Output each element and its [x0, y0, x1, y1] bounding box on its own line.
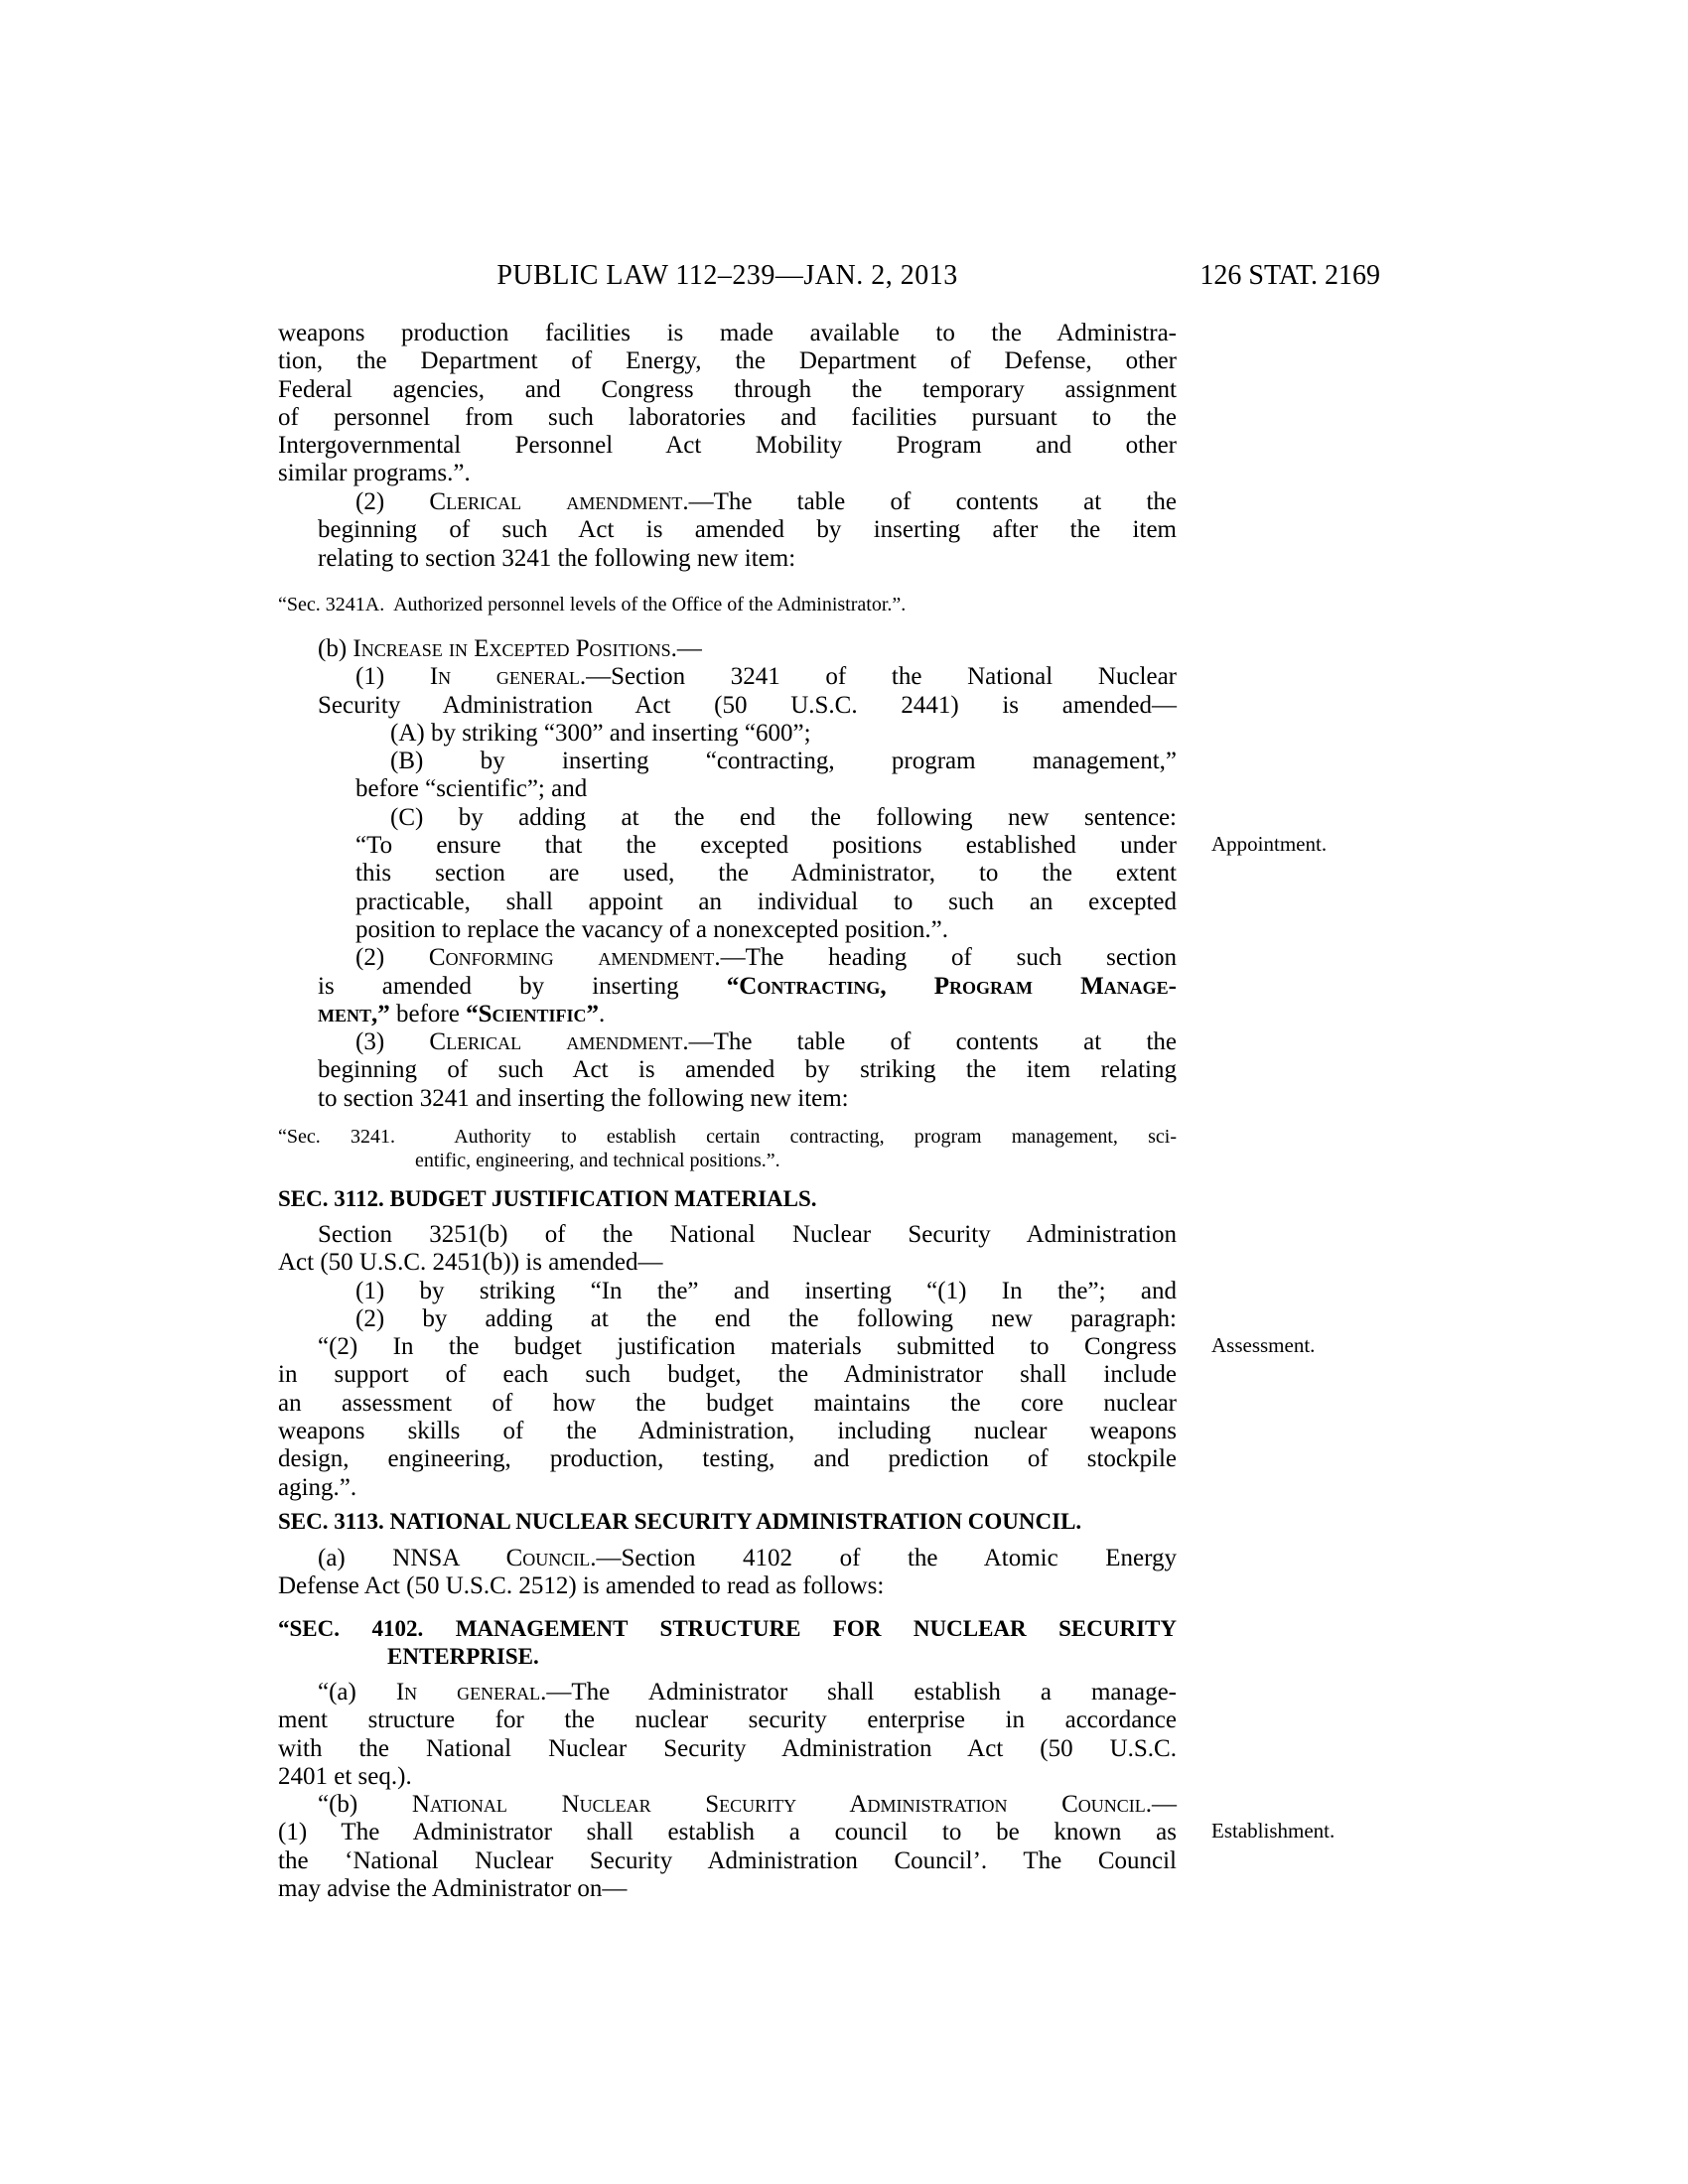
text-segment: .—Section 4102 of the Atomic Energy: [590, 1545, 1177, 1571]
text-segment: (3): [355, 1028, 429, 1055]
text-segment: in support of each such budget, the Admi…: [278, 1361, 1177, 1388]
text-line: with the National Nuclear Security Admin…: [278, 1735, 1177, 1763]
text-segment: .—The Administrator shall establish a ma…: [540, 1679, 1177, 1706]
text-line: weapons skills of the Administration, in…: [278, 1418, 1177, 1445]
text-line: position to replace the vacancy of a non…: [355, 916, 1177, 944]
text-segment: (b): [318, 635, 352, 662]
text-line: ment structure for the nuclear security …: [278, 1706, 1177, 1734]
text-line: (3) Clerical amendment.—The table of con…: [355, 1028, 1177, 1056]
text-segment: weapons production facilities is made av…: [278, 320, 1177, 346]
text-segment: to section 3241 and inserting the follow…: [318, 1085, 849, 1112]
text-segment: before “scientific”; and: [355, 775, 587, 802]
text-line: practicable, shall appoint an individual…: [355, 888, 1177, 916]
statute-paragraph: (b) Increase in Excepted Positions.—(1) …: [278, 635, 1177, 1113]
text-segment: .—: [671, 635, 702, 662]
statute-paragraph: “(a) In general.—The Administrator shall…: [278, 1679, 1177, 1903]
text-segment: National Nuclear Security Administration…: [412, 1791, 1146, 1818]
text-line: tion, the Department of Energy, the Depa…: [278, 347, 1177, 375]
text-segment: (A) by striking “300” and inserting “600…: [390, 720, 811, 747]
text-segment: Section 3251(b) of the National Nuclear …: [318, 1221, 1177, 1248]
text-segment: ment,”: [318, 1001, 390, 1027]
text-line: Intergovernmental Personnel Act Mobility…: [278, 432, 1177, 460]
margin-note: Establishment.: [1211, 1819, 1509, 1843]
text-segment: (1): [355, 663, 430, 690]
text-segment: Increase in Excepted Positions: [352, 635, 670, 662]
text-line: “Sec. 3241. Authority to establish certa…: [278, 1126, 1177, 1150]
text-segment: beginning of such Act is amended by inse…: [318, 516, 1177, 543]
text-line: 2401 et seq.).: [278, 1763, 1177, 1791]
text-segment: ENTERPRISE.: [387, 1644, 539, 1669]
text-line: design, engineering, production, testing…: [278, 1445, 1177, 1473]
text-line: (A) by striking “300” and inserting “600…: [390, 720, 1177, 748]
text-segment: tion, the Department of Energy, the Depa…: [278, 347, 1177, 374]
text-segment: “(b): [318, 1791, 412, 1818]
margin-note: Assessment.: [1211, 1333, 1509, 1357]
stat-page-number: 126 STAT. 2169: [1142, 260, 1380, 292]
text-line: (2) Conforming amendment.—The heading of…: [355, 944, 1177, 972]
text-line: SEC. 3112. BUDGET JUSTIFICATION MATERIAL…: [278, 1185, 1177, 1213]
text-line: beginning of such Act is amended by inse…: [318, 516, 1177, 544]
text-segment: weapons skills of the Administration, in…: [278, 1418, 1177, 1444]
text-segment: “SEC. 4102. MANAGEMENT STRUCTURE FOR NUC…: [278, 1616, 1177, 1641]
text-segment: Security Administration Act (50 U.S.C. 2…: [318, 692, 1177, 719]
running-head-law-title: PUBLIC LAW 112–239—JAN. 2, 2013: [278, 260, 1177, 292]
statute-paragraph: Section 3251(b) of the National Nuclear …: [278, 1221, 1177, 1502]
text-line: the ‘National Nuclear Security Administr…: [278, 1847, 1177, 1875]
text-line: (1) The Administrator shall establish a …: [278, 1819, 1177, 1846]
text-segment: (C) by adding at the end the following n…: [390, 804, 1177, 831]
text-segment: .: [599, 1001, 605, 1027]
text-line: “(a) In general.—The Administrator shall…: [318, 1679, 1177, 1706]
text-segment: position to replace the vacancy of a non…: [355, 916, 948, 943]
text-line: Federal agencies, and Congress through t…: [278, 376, 1177, 404]
text-segment: the ‘National Nuclear Security Administr…: [278, 1847, 1177, 1874]
text-line: is amended by inserting “Contracting, Pr…: [318, 973, 1177, 1001]
text-segment: design, engineering, production, testing…: [278, 1445, 1177, 1472]
text-line: relating to section 3241 the following n…: [318, 545, 1177, 573]
text-segment: of personnel from such laboratories and …: [278, 404, 1177, 431]
text-line: “(2) In the budget justification materia…: [318, 1333, 1177, 1361]
text-segment: .—The table of contents at the: [682, 1028, 1177, 1055]
text-line: Section 3251(b) of the National Nuclear …: [318, 1221, 1177, 1249]
text-line: (C) by adding at the end the following n…: [390, 804, 1177, 832]
text-line: (1) by striking “In the” and inserting “…: [355, 1278, 1177, 1305]
text-line: “Sec. 3241A. Authorized personnel levels…: [278, 594, 1177, 617]
text-segment: Clerical amendment: [429, 488, 682, 515]
text-segment: similar programs.”.: [278, 460, 471, 486]
text-segment: Council: [506, 1545, 591, 1571]
text-segment: Federal agencies, and Congress through t…: [278, 376, 1177, 403]
table-of-contents-note: “Sec. 3241A. Authorized personnel levels…: [278, 594, 1177, 617]
text-segment: .—The heading of such section: [714, 944, 1177, 971]
text-line: (2) by adding at the end the following n…: [355, 1305, 1177, 1333]
statute-paragraph: weapons production facilities is made av…: [278, 320, 1177, 488]
text-line: “(b) National Nuclear Security Administr…: [318, 1791, 1177, 1819]
text-line: (a) NNSA Council.—Section 4102 of the At…: [318, 1545, 1177, 1572]
text-segment: (1) by striking “In the” and inserting “…: [355, 1278, 1177, 1304]
text-segment: with the National Nuclear Security Admin…: [278, 1735, 1177, 1762]
text-segment: before: [390, 1001, 466, 1027]
text-segment: (1) The Administrator shall establish a …: [278, 1819, 1177, 1845]
text-segment: this section are used, the Administrator…: [355, 860, 1177, 887]
text-line: (1) In general.—Section 3241 of the Nati…: [355, 663, 1177, 691]
text-line: (2) Clerical amendment.—The table of con…: [355, 488, 1177, 516]
text-line: entific, engineering, and technical posi…: [415, 1150, 1177, 1173]
text-segment: practicable, shall appoint an individual…: [355, 888, 1177, 915]
text-line: this section are used, the Administrator…: [355, 860, 1177, 887]
text-segment: .—The table of contents at the: [682, 488, 1177, 515]
text-line: an assessment of how the budget maintain…: [278, 1390, 1177, 1418]
text-segment: (2): [355, 488, 429, 515]
text-line: “SEC. 4102. MANAGEMENT STRUCTURE FOR NUC…: [278, 1615, 1177, 1643]
text-line: in support of each such budget, the Admi…: [278, 1361, 1177, 1389]
margin-note: Appointment.: [1211, 832, 1509, 856]
text-segment: ment structure for the nuclear security …: [278, 1706, 1177, 1733]
text-segment: (2): [355, 944, 429, 971]
text-segment: aging.”.: [278, 1474, 356, 1501]
text-segment: an assessment of how the budget maintain…: [278, 1390, 1177, 1417]
text-segment: SEC. 3113. NATIONAL NUCLEAR SECURITY ADM…: [278, 1509, 1081, 1534]
text-segment: SEC. 3112. BUDGET JUSTIFICATION MATERIAL…: [278, 1186, 817, 1211]
text-line: SEC. 3113. NATIONAL NUCLEAR SECURITY ADM…: [278, 1508, 1177, 1536]
text-segment: may advise the Administrator on—: [278, 1875, 627, 1902]
text-segment: (2) by adding at the end the following n…: [355, 1305, 1177, 1332]
text-segment: “(a): [318, 1679, 396, 1706]
text-segment: (B) by inserting “contracting, program m…: [390, 748, 1177, 774]
text-segment: “Sec. 3241A. Authorized personnel levels…: [278, 594, 906, 615]
text-segment: “Contracting, Program Manage-: [727, 973, 1177, 1000]
statute-paragraph: (2) Clerical amendment.—The table of con…: [278, 488, 1177, 573]
text-line: Act (50 U.S.C. 2451(b)) is amended—: [278, 1249, 1177, 1277]
quoted-section-heading: “SEC. 4102. MANAGEMENT STRUCTURE FOR NUC…: [278, 1615, 1177, 1671]
text-segment: .—: [1146, 1791, 1177, 1818]
text-line: “To ensure that the excepted positions e…: [355, 832, 1177, 860]
text-line: similar programs.”.: [278, 460, 1177, 487]
text-line: Security Administration Act (50 U.S.C. 2…: [318, 692, 1177, 720]
text-line: Defense Act (50 U.S.C. 2512) is amended …: [278, 1572, 1177, 1600]
table-of-contents-note: “Sec. 3241. Authority to establish certa…: [278, 1126, 1177, 1172]
text-segment: Intergovernmental Personnel Act Mobility…: [278, 432, 1177, 459]
text-segment: (a) NNSA: [318, 1545, 506, 1571]
text-line: beginning of such Act is amended by stri…: [318, 1056, 1177, 1084]
statute-paragraph: (a) NNSA Council.—Section 4102 of the At…: [278, 1545, 1177, 1601]
text-line: to section 3241 and inserting the follow…: [318, 1085, 1177, 1113]
text-segment: relating to section 3241 the following n…: [318, 545, 795, 572]
text-line: (B) by inserting “contracting, program m…: [390, 748, 1177, 775]
text-segment: is amended by inserting: [318, 973, 727, 1000]
text-segment: .—Section 3241 of the National Nuclear: [580, 663, 1177, 690]
text-line: of personnel from such laboratories and …: [278, 404, 1177, 432]
text-segment: “Sec. 3241. Authority to establish certa…: [278, 1126, 1177, 1148]
text-line: weapons production facilities is made av…: [278, 320, 1177, 347]
text-segment: entific, engineering, and technical posi…: [415, 1150, 780, 1171]
section-heading: SEC. 3113. NATIONAL NUCLEAR SECURITY ADM…: [278, 1508, 1177, 1536]
text-segment: Clerical amendment: [429, 1028, 682, 1055]
text-segment: “To ensure that the excepted positions e…: [355, 832, 1177, 859]
text-segment: beginning of such Act is amended by stri…: [318, 1056, 1177, 1083]
statute-page: PUBLIC LAW 112–239—JAN. 2, 2013 126 STAT…: [0, 0, 1688, 2184]
text-line: ment,” before “Scientific”.: [318, 1001, 1177, 1028]
section-heading: SEC. 3112. BUDGET JUSTIFICATION MATERIAL…: [278, 1185, 1177, 1213]
text-segment: In general: [396, 1679, 540, 1706]
text-segment: 2401 et seq.).: [278, 1763, 412, 1790]
text-line: may advise the Administrator on—: [278, 1875, 1177, 1903]
text-segment: “Scientific”: [466, 1001, 599, 1027]
text-segment: “(2) In the budget justification materia…: [318, 1333, 1177, 1360]
text-segment: Defense Act (50 U.S.C. 2512) is amended …: [278, 1572, 884, 1599]
text-line: before “scientific”; and: [355, 775, 1177, 803]
text-line: aging.”.: [278, 1474, 1177, 1502]
text-segment: In general: [430, 663, 580, 690]
text-segment: Conforming amendment: [429, 944, 714, 971]
text-segment: Act (50 U.S.C. 2451(b)) is amended—: [278, 1249, 662, 1276]
text-line: (b) Increase in Excepted Positions.—: [318, 635, 1177, 663]
text-line: ENTERPRISE.: [387, 1643, 1177, 1671]
